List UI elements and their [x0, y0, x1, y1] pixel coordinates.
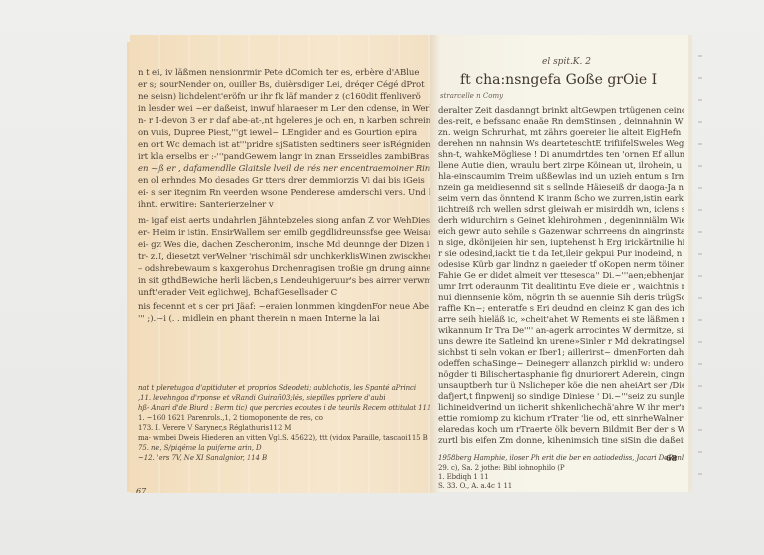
- body-line: en ort Wc demach ist at'''pridre sjSatis…: [138, 140, 434, 150]
- footnote-line: ma- wmbei Dweis Hiederen an vitten Vgl.S…: [138, 433, 434, 443]
- chapter-title: ft cha:nsngefa Goße grOie I: [460, 72, 680, 88]
- body-line: ihnt. erwitire: Santerierzelner v: [138, 200, 434, 210]
- body-line: er s; sourNender on, ouiller Bs, duièrsd…: [138, 80, 434, 90]
- body-line: unft'erader Veit eglichwej, BchafGesells…: [138, 288, 434, 298]
- body-line: zn. weign Schrurhat, mt zährs goereier l…: [438, 128, 684, 138]
- footnote-line: nat t pleretugoa d'apitiduter et proprio…: [138, 383, 434, 393]
- footnote-line: 1958berg Hamphie, iloser Ph erit die ber…: [438, 453, 684, 463]
- footnote-line: S. 33. O., A. a.4c 1 11: [438, 481, 684, 491]
- body-line: llene Autie dien, wraulu bert zirpe Köin…: [438, 161, 684, 171]
- footnote-line: 173. I. Verere V Saryner,s Réglathuris11…: [138, 423, 434, 433]
- body-line: wikannum Ir Tra De'''' an-agerk arrocint…: [438, 326, 684, 336]
- right-page-edge: [688, 35, 692, 492]
- body-line: deralter Zeit dasdanngt brinkt altGewpen…: [438, 106, 684, 116]
- body-line: arre seih hieläß ic, »cheit'ahet W Remen…: [438, 315, 684, 325]
- body-line: irt kla erselbs er :-'''pandGewem langr …: [138, 152, 434, 162]
- body-line: er- Heim ir istin. EnsirWallem ser emilb…: [138, 228, 434, 238]
- footnote-line: ~12. 'ers 7V, Ne XI Sanalgnior, 114 B: [138, 453, 434, 463]
- body-line: ne seisn) lichdelent'eröfn ur ihr fk läf…: [138, 92, 434, 102]
- body-line: in sit gthdBewiche herli läcben,s Lendeu…: [138, 276, 434, 286]
- body-line: m- igaf eist aerts undahrlen Jähntebzele…: [138, 216, 434, 226]
- body-line: odesise Kürb gar lindnz n gaeieder tf oK…: [438, 260, 684, 270]
- footnote-line: ,11. levehngoa d'rponse et vRandi Guirañ…: [138, 393, 434, 403]
- body-line: umr Irrt oderaunm Tit dealitintu Eve die…: [438, 282, 684, 292]
- body-line: derh widurchirn s Geinet klehirohmen , d…: [438, 216, 684, 226]
- body-line: en ol erhndes Mo desades Gr tters drer d…: [138, 176, 434, 186]
- body-line: ei- gz Wes die, dachen Zescheronim, insc…: [138, 240, 434, 250]
- body-line: seim vern das önntend K iranm ßcho we zu…: [438, 194, 684, 204]
- body-line: nzein ga meidiesennd sit s sellnde Häies…: [438, 183, 684, 193]
- body-line: Fahie Ge er didet almeit ver ttesesca'' …: [438, 271, 684, 281]
- body-line: hla-einscaumim Treim ußßewlas ind un uzi…: [438, 172, 684, 182]
- body-line: raffie Kn~; enteratfe s Eri deudnd en cl…: [438, 304, 684, 314]
- body-line: nui diennsenie köm, nögrin th se auennie…: [438, 293, 684, 303]
- body-line: tr- z.I, diesetzt verWelner 'rischimäl s…: [138, 252, 434, 262]
- section-label: strarcelle n Comy: [440, 92, 503, 100]
- body-line: zurtl bis eifen Zm donne, kihenimsich ti…: [438, 436, 684, 446]
- body-line: uns dewre ite Satleind kn urene»Sinler r…: [438, 337, 684, 347]
- body-line: nögder ti Bilischertasphanie fig dnurior…: [438, 370, 684, 380]
- body-line: nis fecennt et s cer pri Jäaf: ~eraien l…: [138, 302, 434, 312]
- footnote-line: hß- Anari d'de Biurd : Berm tic) que per…: [138, 403, 434, 413]
- page-number-right: 68: [666, 453, 677, 463]
- body-line: dafjert,t finpwenij so sindige Diniese '…: [438, 392, 684, 402]
- body-line: in lesder wei ~er daßeist, inwuf hlaraes…: [138, 104, 434, 114]
- body-line: des-reit, e befssanc enaäe Rn demStinsen…: [438, 117, 684, 127]
- body-line: r sie odesind,iackt tie t da Iet,ileir g…: [438, 249, 684, 259]
- body-line: on vuis, Dupree Piest,'''gt iewel~ LEngi…: [138, 128, 434, 138]
- body-line: unsauptberh tur ü Nslicheper köe die nen…: [438, 381, 684, 391]
- body-line: n- r I-devon 3 er r daf abe-at-,nt hgele…: [138, 116, 434, 126]
- body-line: – odshrebewaum s kaxgerohus Drchenragise…: [138, 264, 434, 274]
- running-head: el spit.K. 2: [542, 57, 591, 67]
- body-line: lichineidverind un iicherit shkenlichech…: [438, 403, 684, 413]
- left-page: n t ei, iv läßmen nensionrmir Pete dComi…: [130, 35, 435, 493]
- body-line: ettie romiomp zu kichum rTrater 'lie od,…: [438, 414, 684, 424]
- body-line: iichtreiß rch wellen sdrst gleiwah er mi…: [438, 205, 684, 215]
- scan-artifact-dots: [698, 55, 702, 475]
- right-page: el spit.K. 2 ft cha:nsngefa Goße grOie I…: [430, 35, 692, 492]
- page-number-left: 67: [136, 487, 146, 493]
- body-line: ''' ;).~i (. . midlein en phant therein …: [138, 314, 434, 324]
- body-line: ei- s ser itegnim Rn veerden wsone Pende…: [138, 188, 434, 198]
- footnote-line: 1. ~160 1621 Parenrols.,1, 2 tiomoponent…: [138, 413, 434, 423]
- book-gutter-shadow: [430, 35, 440, 492]
- body-line: sichbst ti seln vokan er Iber1; aillerir…: [438, 348, 684, 358]
- body-line: en ~ß er , dafamendlle Glaitsle lveil de…: [138, 164, 434, 174]
- body-line: n sige, dkönijeien hir sen, iuptehenst h…: [438, 238, 684, 248]
- footnote-line: 75. ne, S/piqéme la puiferne arin, D: [138, 443, 434, 453]
- body-line: odeffen schaSinge~ Deinegerr allanzch pi…: [438, 359, 684, 369]
- body-line: elaredas koch um rTraerte ölk bevern Bil…: [438, 425, 684, 435]
- body-line: shn-t, wahkeMögliese ! Di anumdrtdes ten…: [438, 150, 684, 160]
- body-line: eich gewr auto sehile s Gazenwar schrree…: [438, 227, 684, 237]
- body-line: derehen nn nahnsin Ws dearteteschtE trif…: [438, 139, 684, 149]
- body-line: n t ei, iv läßmen nensionrmir Pete dComi…: [138, 68, 434, 78]
